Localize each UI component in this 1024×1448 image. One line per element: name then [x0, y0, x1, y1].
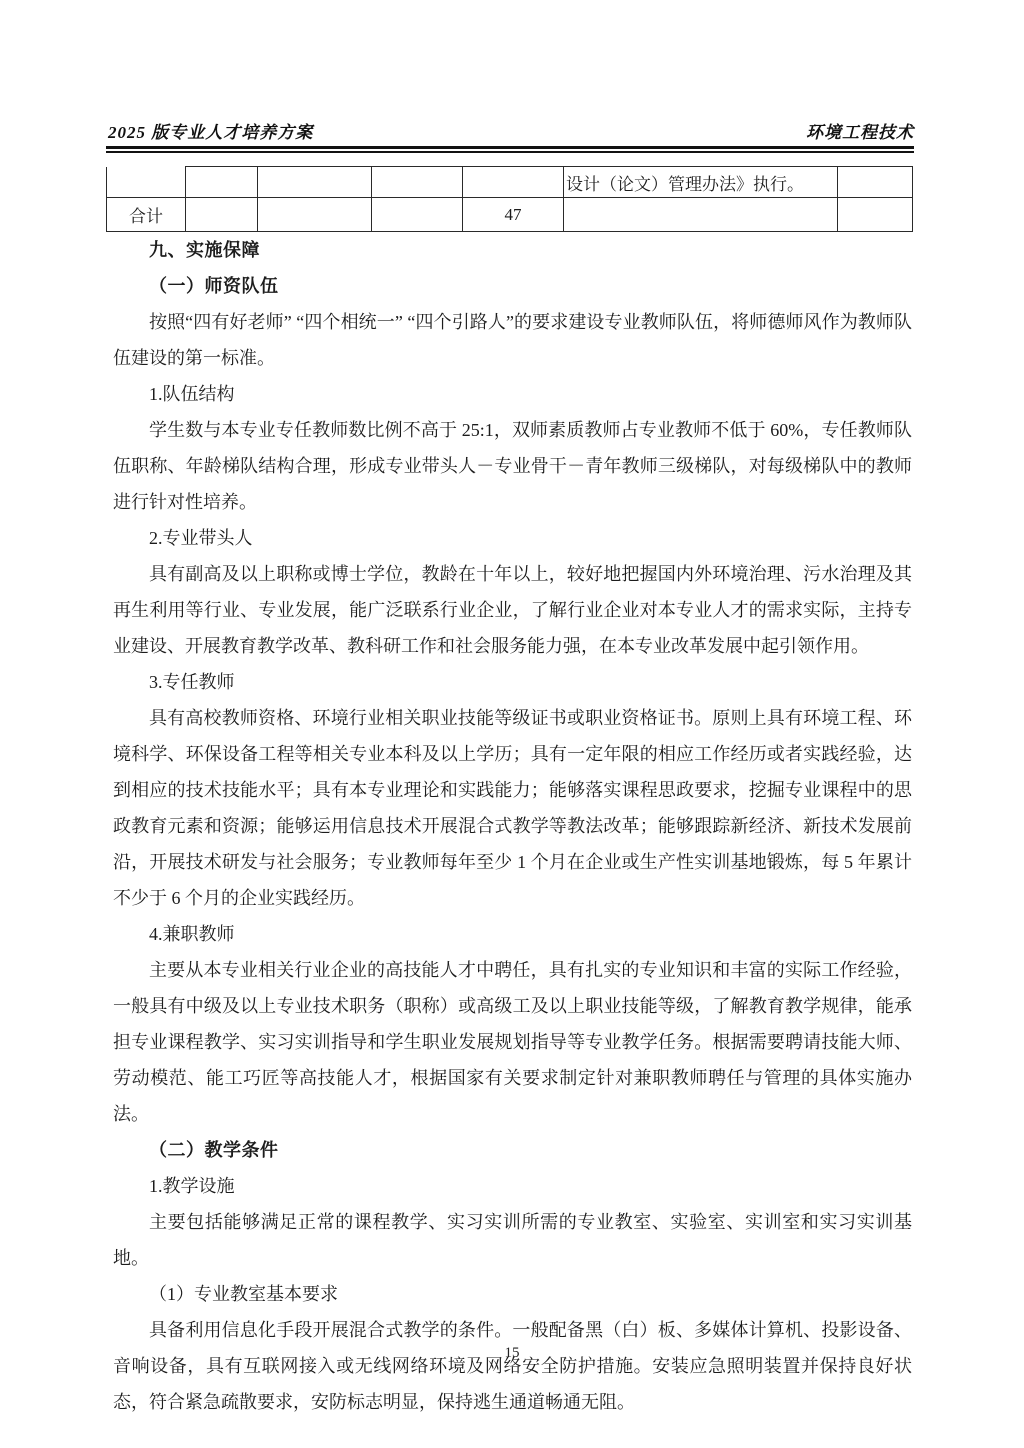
course-summary-table: 设计（论文）管理办法》执行。 合计 47: [106, 166, 913, 232]
page-number: 15: [0, 1345, 1024, 1362]
item-heading-parttime-teachers: 4.兼职教师: [113, 916, 912, 952]
subsection-heading-teaching-conditions: （二）教学条件: [113, 1132, 912, 1168]
item-heading-team-structure: 1.队伍结构: [113, 376, 912, 412]
item-heading-teaching-facilities: 1.教学设施: [113, 1168, 912, 1204]
header-right-title: 环境工程技术: [806, 118, 914, 143]
paragraph-team-structure: 学生数与本专业专任教师数比例不高于 25:1，双师素质教师占专业教师不低于 60…: [113, 412, 912, 520]
table-cell: [372, 198, 463, 232]
table-cell: [838, 198, 913, 232]
table-cell: [258, 167, 372, 198]
table-cell: [564, 198, 838, 232]
page-header: 2025 版专业人才培养方案 环境工程技术: [108, 118, 914, 143]
item-heading-classroom-requirements: （1）专业教室基本要求: [113, 1276, 912, 1312]
subsection-heading-teaching-staff: （一）师资队伍: [113, 268, 912, 304]
header-left-title: 2025 版专业人才培养方案: [108, 118, 313, 143]
section-heading-implementation-guarantee: 九、实施保障: [113, 232, 912, 268]
table-row: 设计（论文）管理办法》执行。: [107, 167, 913, 198]
header-double-rule: [106, 146, 914, 153]
table-cell: [186, 198, 258, 232]
table-cell: [186, 167, 258, 198]
document-body: 九、实施保障 （一）师资队伍 按照“四有好老师” “四个相统一” “四个引路人”…: [113, 232, 912, 1420]
table-cell-total-label: 合计: [107, 198, 186, 232]
table-row-total: 合计 47: [107, 198, 913, 232]
table-cell: [258, 198, 372, 232]
paragraph-parttime-teachers: 主要从本专业相关行业企业的高技能人才中聘任，具有扎实的专业知识和丰富的实际工作经…: [113, 952, 912, 1132]
item-heading-fulltime-teachers: 3.专任教师: [113, 664, 912, 700]
table-cell: [372, 167, 463, 198]
table-cell: [463, 167, 564, 198]
table-cell: [838, 167, 913, 198]
item-heading-program-leader: 2.专业带头人: [113, 520, 912, 556]
paragraph-program-leader: 具有副高及以上职称或博士学位，教龄在十年以上，较好地把握国内外环境治理、污水治理…: [113, 556, 912, 664]
document-page: 2025 版专业人才培养方案 环境工程技术 设计（论文）管理办法》执行。: [0, 0, 1024, 1448]
table-cell: [107, 167, 186, 198]
paragraph-fulltime-teachers: 具有高校教师资格、环境行业相关职业技能等级证书或职业资格证书。原则上具有环境工程…: [113, 700, 912, 916]
paragraph-classroom-requirements: 具备利用信息化手段开展混合式教学的条件。一般配备黑（白）板、多媒体计算机、投影设…: [113, 1312, 912, 1420]
paragraph-teaching-facilities: 主要包括能够满足正常的课程教学、实习实训所需的专业教室、实验室、实训室和实习实训…: [113, 1204, 912, 1276]
paragraph-staff-intro: 按照“四有好老师” “四个相统一” “四个引路人”的要求建设专业教师队伍，将师德…: [113, 304, 912, 376]
table-cell-note: 设计（论文）管理办法》执行。: [564, 167, 838, 198]
table-cell-total-value: 47: [463, 198, 564, 232]
